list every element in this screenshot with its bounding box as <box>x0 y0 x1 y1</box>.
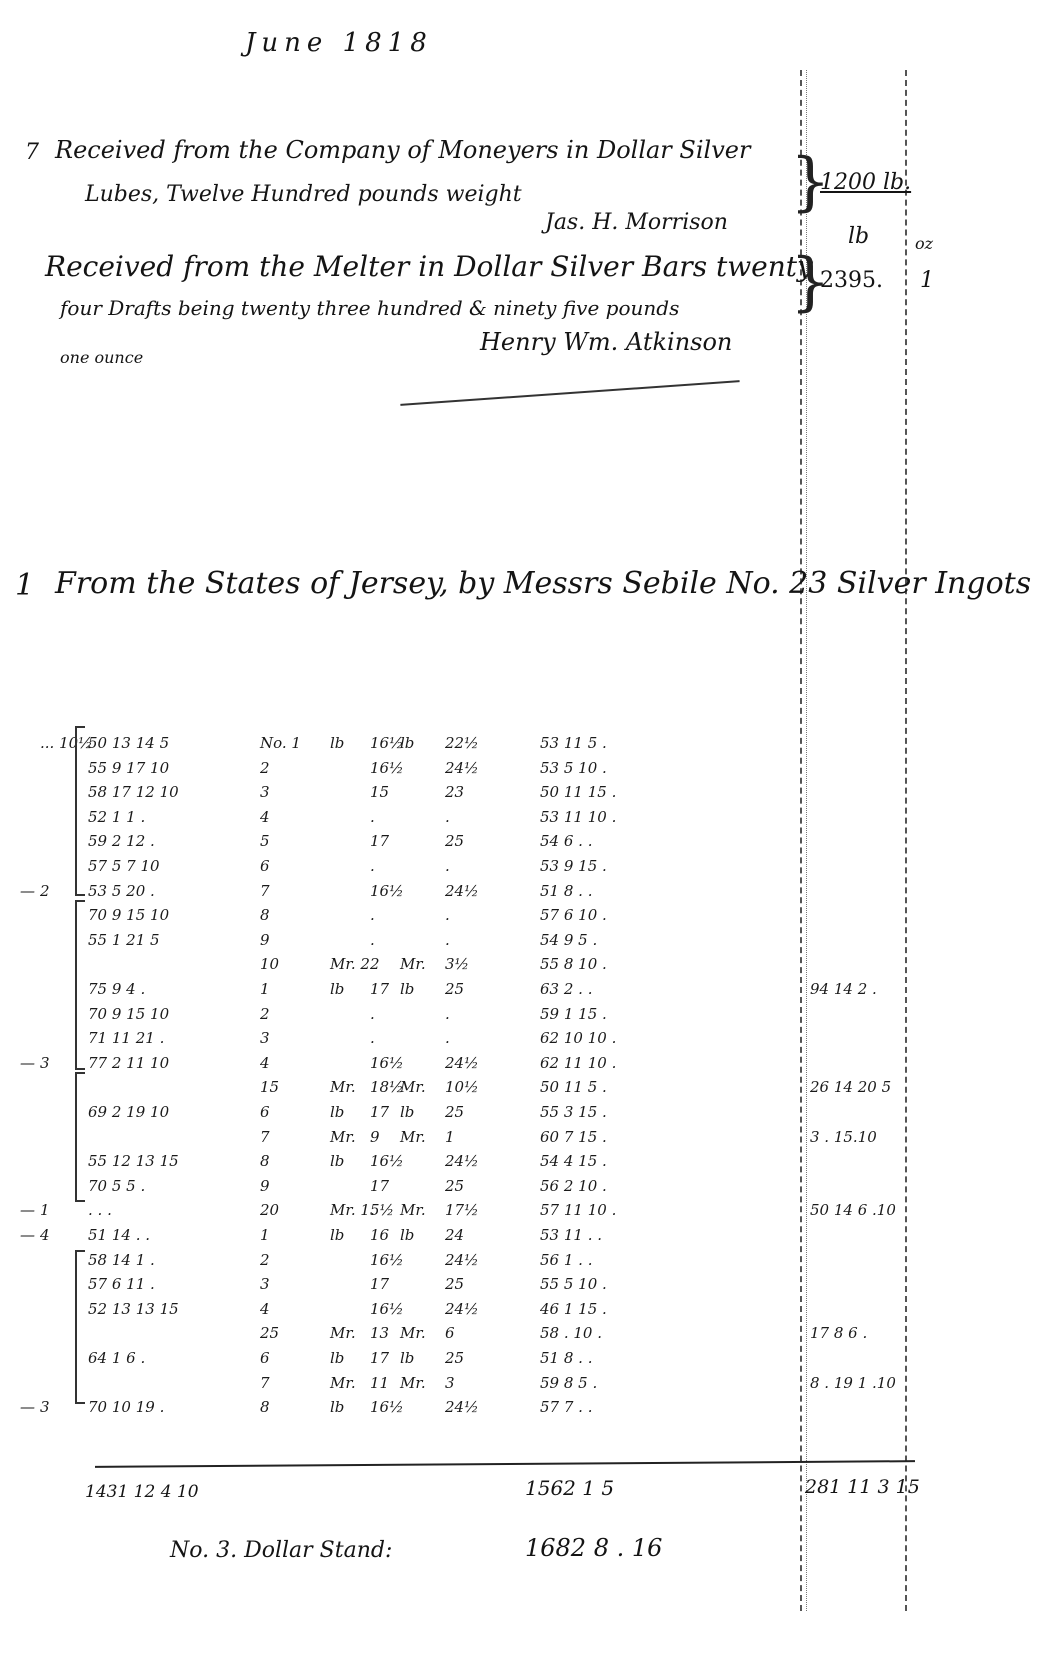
cell-b2: 17 <box>370 832 389 850</box>
cell-d: 50 14 6 .10 <box>810 1201 896 1219</box>
cell-b4: 25 <box>445 1349 464 1367</box>
cell-b1: lb <box>330 1103 344 1121</box>
cell-b3: Mr. <box>400 1324 426 1342</box>
table-row: 70 9 15 108..57 6 10 . <box>0 906 1040 932</box>
cell-b2: . <box>370 906 375 924</box>
cell-no: 5 <box>260 832 270 850</box>
cell-c: 55 3 15 . <box>540 1103 700 1121</box>
cell-no: 9 <box>260 931 270 949</box>
cell-idx: 1 <box>40 1201 50 1219</box>
cell-c: 57 7 . . <box>540 1398 700 1416</box>
cell-c: 56 2 10 . <box>540 1177 700 1195</box>
cell-b1: lb <box>330 1226 344 1244</box>
table-row: 71 11 21 .3..62 10 10 . <box>0 1029 1040 1055</box>
cell-mark: — <box>20 1226 35 1244</box>
cell-no: 6 <box>260 857 270 875</box>
receipt-1-unit: lb <box>848 224 869 249</box>
receipt-2-line2: four Drafts being twenty three hundred &… <box>60 296 679 320</box>
cell-b3: Mr. <box>400 1128 426 1146</box>
cell-a: 70 9 15 10 <box>88 1005 238 1023</box>
table-row: 55 9 17 10216½24½53 5 10 . <box>0 759 1040 785</box>
table-row: 57 6 11 .3172555 5 10 . <box>0 1275 1040 1301</box>
total-col-c: 1562 1 5 <box>525 1476 614 1500</box>
cell-c: 50 11 15 . <box>540 783 700 801</box>
group-brace-1 <box>75 726 85 896</box>
table-row: 75 9 4 .1lb17lb2563 2 . .94 14 2 . <box>0 980 1040 1006</box>
cell-no: 20 <box>260 1201 279 1219</box>
table-row: 52 1 1 .4..53 11 10 . <box>0 808 1040 834</box>
cell-b4: 17½ <box>445 1201 479 1219</box>
cell-b1: Mr. <box>330 1374 356 1392</box>
table-row: 58 14 1 .216½24½56 1 . . <box>0 1251 1040 1277</box>
cell-b1: lb <box>330 980 344 998</box>
cell-a: 50 13 14 5 <box>88 734 238 752</box>
cell-b2: 17 <box>370 1177 389 1195</box>
cell-a: 70 5 5 . <box>88 1177 238 1195</box>
table-row: 70 9 15 102..59 1 15 . <box>0 1005 1040 1031</box>
cell-b1: Mr. 1. <box>330 1201 375 1219</box>
cell-b4: 24½ <box>445 1300 479 1318</box>
table-row: ... 10½50 13 14 5No. 1lb16½lb22½53 11 5 … <box>0 734 1040 760</box>
cell-b2: 13 <box>370 1324 389 1342</box>
cell-no: 7 <box>260 1374 270 1392</box>
cell-b2: . <box>370 808 375 826</box>
receipt-1-marker: 7 <box>25 140 39 165</box>
cell-b2: 16½ <box>370 1054 404 1072</box>
cell-c: 53 9 15 . <box>540 857 700 875</box>
receipt-1-amount: 1200 lb. <box>820 170 911 195</box>
table-row: 59 2 12 .5172554 6 . . <box>0 832 1040 858</box>
cell-b3: Mr. <box>400 1078 426 1096</box>
cell-c: 46 1 15 . <box>540 1300 700 1318</box>
cell-b1: Mr. <box>330 1324 356 1342</box>
cell-a: 57 5 7 10 <box>88 857 238 875</box>
receipt-2-line1: Received from the Melter in Dollar Silve… <box>45 250 813 283</box>
cell-a: 70 9 15 10 <box>88 906 238 924</box>
cell-b2: 16½ <box>370 1398 404 1416</box>
cell-c: 57 6 10 . <box>540 906 700 924</box>
receipt-2-amount-oz: 1 <box>920 268 934 293</box>
cell-no: 4 <box>260 1054 270 1072</box>
cell-a: 55 1 21 5 <box>88 931 238 949</box>
cell-b4: 23 <box>445 783 464 801</box>
receipt-2-unit-oz: oz <box>915 234 933 253</box>
cell-no: 2 <box>260 1251 270 1269</box>
cell-c: 55 5 10 . <box>540 1275 700 1293</box>
cell-b2: 16½ <box>370 1251 404 1269</box>
cell-b1: Mr. <box>330 1128 356 1146</box>
cell-c: 63 2 . . <box>540 980 700 998</box>
receipt-1-signature: Jas. H. Morrison <box>545 210 728 235</box>
cell-b4: . <box>445 931 450 949</box>
cell-b4: 24½ <box>445 1251 479 1269</box>
totals-rule <box>95 1460 915 1468</box>
cell-c: 53 11 5 . <box>540 734 700 752</box>
cell-b2: 16½ <box>370 734 404 752</box>
cell-b1: lb <box>330 1349 344 1367</box>
table-row: 64 1 6 .6lb17lb2551 8 . . <box>0 1349 1040 1375</box>
cell-b3: lb <box>400 1226 414 1244</box>
page-title: June 1818 <box>245 28 433 58</box>
total-col-d: 281 11 3 15 <box>805 1476 920 1498</box>
receipt-1-line1: Received from the Company of Moneyers in… <box>55 136 750 164</box>
cell-no: 10 <box>260 955 279 973</box>
cell-c: 60 7 15 . <box>540 1128 700 1146</box>
group-brace-4 <box>75 1250 85 1404</box>
cell-b4: 25 <box>445 832 464 850</box>
group-brace-2 <box>75 900 85 1070</box>
cell-no: 8 <box>260 1398 270 1416</box>
cell-b4: 22½ <box>445 734 479 752</box>
cell-b4: . <box>445 808 450 826</box>
receipt-1-line2: Lubes, Twelve Hundred pounds weight <box>85 182 522 207</box>
cell-c: 51 8 . . <box>540 882 700 900</box>
cell-idx: 3 <box>40 1054 50 1072</box>
cell-d: 26 14 20 5 <box>810 1078 891 1096</box>
cell-no: 2 <box>260 1005 270 1023</box>
cell-b2: 17 <box>370 1349 389 1367</box>
cell-b1: Mr. <box>330 1078 356 1096</box>
cell-no: 6 <box>260 1349 270 1367</box>
cell-no: 3 <box>260 1275 270 1293</box>
cell-c: 62 10 10 . <box>540 1029 700 1047</box>
section-heading: From the States of Jersey, by Messrs Seb… <box>55 566 1031 601</box>
cell-c: 56 1 . . <box>540 1251 700 1269</box>
cell-a: 55 12 13 15 <box>88 1152 238 1170</box>
cell-no: 9 <box>260 1177 270 1195</box>
cell-no: 3 <box>260 1029 270 1047</box>
table-row: 55 1 21 59..54 9 5 . <box>0 931 1040 957</box>
cell-b3: Mr. <box>400 1374 426 1392</box>
cell-a: 58 17 12 10 <box>88 783 238 801</box>
cell-a: . . . <box>88 1201 238 1219</box>
cell-b1: lb <box>330 734 344 752</box>
footer-value: 1682 8 . 16 <box>525 1534 662 1562</box>
cell-b1: lb <box>330 1152 344 1170</box>
receipt-2-amount: 2395. <box>820 268 883 293</box>
cell-no: 4 <box>260 1300 270 1318</box>
cell-c: 59 8 5 . <box>540 1374 700 1392</box>
cell-c: 55 8 10 . <box>540 955 700 973</box>
cell-b3: lb <box>400 734 414 752</box>
cell-a: 57 6 11 . <box>88 1275 238 1293</box>
cell-b2: . <box>370 857 375 875</box>
cell-c: 53 5 10 . <box>540 759 700 777</box>
cell-c: 54 4 15 . <box>540 1152 700 1170</box>
cell-b2: 17 <box>370 1275 389 1293</box>
cell-b3: Mr. <box>400 955 426 973</box>
cell-b2: 17 <box>370 1103 389 1121</box>
cell-no: 15 <box>260 1078 279 1096</box>
cell-mark: — <box>20 1398 35 1416</box>
table-row: 15Mr.18½Mr.10½50 11 5 .26 14 20 5 <box>0 1078 1040 1104</box>
cell-a: 55 9 17 10 <box>88 759 238 777</box>
receipt-2-signature: Henry Wm. Atkinson <box>480 328 732 356</box>
cell-b3: lb <box>400 980 414 998</box>
table-row: 57 5 7 106..53 9 15 . <box>0 857 1040 883</box>
cell-no: 8 <box>260 906 270 924</box>
cell-b3: lb <box>400 1103 414 1121</box>
cell-idx: 3 <box>40 1398 50 1416</box>
table-row: 52 13 13 15416½24½46 1 15 . <box>0 1300 1040 1326</box>
cell-d: 3 . 15.10 <box>810 1128 877 1146</box>
cell-no: No. 1 <box>260 734 301 752</box>
cell-b4: 24 <box>445 1226 464 1244</box>
cell-c: 53 11 10 . <box>540 808 700 826</box>
cell-b3: Mr. <box>400 1201 426 1219</box>
cell-b1: lb <box>330 1398 344 1416</box>
footer-label: No. 3. Dollar Stand: <box>170 1538 392 1563</box>
cell-c: 54 6 . . <box>540 832 700 850</box>
signature-flourish <box>400 380 739 406</box>
cell-b1: Mr. 2 <box>330 955 370 973</box>
cell-b2: 16 <box>370 1226 389 1244</box>
cell-c: 59 1 15 . <box>540 1005 700 1023</box>
cell-a: 75 9 4 . <box>88 980 238 998</box>
cell-b4: 1 <box>445 1128 455 1146</box>
table-row: 58 17 12 103152350 11 15 . <box>0 783 1040 809</box>
cell-b4: . <box>445 1029 450 1047</box>
cell-a: 58 14 1 . <box>88 1251 238 1269</box>
cell-no: 7 <box>260 1128 270 1146</box>
cell-a: 52 1 1 . <box>88 808 238 826</box>
cell-a: 77 2 11 10 <box>88 1054 238 1072</box>
cell-b4: 24½ <box>445 882 479 900</box>
cell-c: 53 11 . . <box>540 1226 700 1244</box>
table-row: 7Mr.9Mr.160 7 15 .3 . 15.10 <box>0 1128 1040 1154</box>
total-col-a: 1431 12 4 10 <box>85 1482 199 1502</box>
cell-b4: 25 <box>445 1275 464 1293</box>
cell-b4: 3 <box>445 1374 455 1392</box>
cell-b2: 16½ <box>370 759 404 777</box>
cell-b2: 17 <box>370 980 389 998</box>
cell-b4: 6 <box>445 1324 455 1342</box>
cell-no: 2 <box>260 759 270 777</box>
table-row: —451 14 . .1lb16lb2453 11 . . <box>0 1226 1040 1252</box>
cell-c: 58 . 10 . <box>540 1324 700 1342</box>
cell-b4: 25 <box>445 980 464 998</box>
cell-mark: — <box>20 1054 35 1072</box>
cell-d: 8 . 19 1 .10 <box>810 1374 896 1392</box>
table-row: —253 5 20 .716½24½51 8 . . <box>0 882 1040 908</box>
table-row: 10Mr. 22Mr.3½55 8 10 . <box>0 955 1040 981</box>
cell-b2: 11 <box>370 1374 389 1392</box>
cell-a: 52 13 13 15 <box>88 1300 238 1318</box>
cell-no: 4 <box>260 808 270 826</box>
cell-no: 3 <box>260 783 270 801</box>
cell-c: 50 11 5 . <box>540 1078 700 1096</box>
cell-idx: 2 <box>40 882 50 900</box>
cell-c: 62 11 10 . <box>540 1054 700 1072</box>
cell-c: 57 11 10 . <box>540 1201 700 1219</box>
cell-a: 53 5 20 . <box>88 882 238 900</box>
table-row: —377 2 11 10416½24½62 11 10 . <box>0 1054 1040 1080</box>
cell-mark: — <box>20 882 35 900</box>
cell-b2: 16½ <box>370 882 404 900</box>
cell-b2: 2 <box>370 955 380 973</box>
cell-b4: 24½ <box>445 1152 479 1170</box>
section-marker: 1 <box>15 568 34 603</box>
cell-c: 51 8 . . <box>540 1349 700 1367</box>
table-row: 7Mr.11Mr.359 8 5 .8 . 19 1 .10 <box>0 1374 1040 1400</box>
cell-a: 64 1 6 . <box>88 1349 238 1367</box>
cell-b4: 10½ <box>445 1078 479 1096</box>
cell-b2: 5½ <box>370 1201 394 1219</box>
cell-b2: . <box>370 931 375 949</box>
table-row: 70 5 5 .9172556 2 10 . <box>0 1177 1040 1203</box>
table-row: —1. . .20Mr. 1.5½Mr.17½57 11 10 .50 14 6… <box>0 1201 1040 1227</box>
receipt-2-line3: one ounce <box>60 348 143 367</box>
table-row: —370 10 19 .8lb16½24½57 7 . . <box>0 1398 1040 1424</box>
cell-no: 1 <box>260 980 270 998</box>
cell-b4: 24½ <box>445 1054 479 1072</box>
cell-b4: . <box>445 906 450 924</box>
cell-a: 51 14 . . <box>88 1226 238 1244</box>
ledger-page: June 1818 7 Received from the Company of… <box>0 0 1040 1671</box>
cell-a: 69 2 19 10 <box>88 1103 238 1121</box>
group-brace-3 <box>75 1072 85 1202</box>
cell-b4: . <box>445 857 450 875</box>
cell-b4: 24½ <box>445 1398 479 1416</box>
cell-a: 70 10 19 . <box>88 1398 238 1416</box>
cell-no: 25 <box>260 1324 279 1342</box>
table-row: 55 12 13 158lb16½24½54 4 15 . <box>0 1152 1040 1178</box>
cell-d: 94 14 2 . <box>810 980 877 998</box>
cell-b4: 24½ <box>445 759 479 777</box>
cell-idx: 4 <box>40 1226 50 1244</box>
cell-no: 8 <box>260 1152 270 1170</box>
table-row: 69 2 19 106lb17lb2555 3 15 . <box>0 1103 1040 1129</box>
cell-b2: 15 <box>370 783 389 801</box>
cell-b4: 3½ <box>445 955 469 973</box>
cell-b2: 16½ <box>370 1152 404 1170</box>
cell-a: 71 11 21 . <box>88 1029 238 1047</box>
cell-no: 1 <box>260 1226 270 1244</box>
cell-b4: . <box>445 1005 450 1023</box>
cell-mark: — <box>20 1201 35 1219</box>
cell-b4: 25 <box>445 1103 464 1121</box>
cell-no: 6 <box>260 1103 270 1121</box>
cell-b2: 16½ <box>370 1300 404 1318</box>
cell-b2: . <box>370 1005 375 1023</box>
cell-d: 17 8 6 . <box>810 1324 867 1342</box>
cell-c: 54 9 5 . <box>540 931 700 949</box>
cell-b4: 25 <box>445 1177 464 1195</box>
cell-b2: 18½ <box>370 1078 404 1096</box>
cell-a: 59 2 12 . <box>88 832 238 850</box>
cell-b2: 9 <box>370 1128 380 1146</box>
cell-b3: lb <box>400 1349 414 1367</box>
cell-b2: . <box>370 1029 375 1047</box>
table-row: 25Mr.13Mr.658 . 10 .17 8 6 . <box>0 1324 1040 1350</box>
cell-no: 7 <box>260 882 270 900</box>
